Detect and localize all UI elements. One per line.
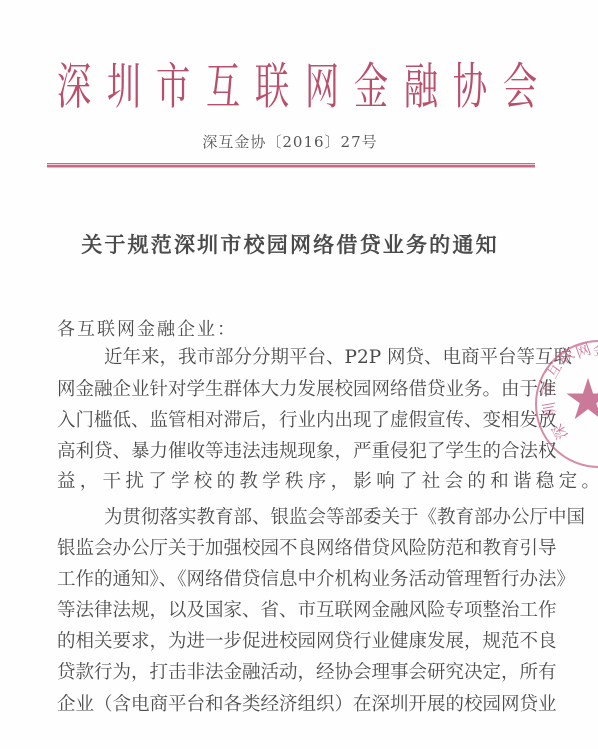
salutation: 各互联网金融企业： xyxy=(57,315,237,341)
paragraph-2-line: 工作的通知》、《网络借贷信息中介机构业务活动管理暂行办法》 xyxy=(57,567,523,593)
masthead-char: 市 xyxy=(156,54,190,121)
masthead-char: 协 xyxy=(453,54,487,121)
seal-char: 圳 xyxy=(542,401,559,418)
seal-char: 市 xyxy=(540,381,557,398)
paragraph-2-line: 的相关要求，为进一步促进校园网贷行业健康发展，规范不良 xyxy=(57,629,523,655)
masthead-title: 深 圳 市 互 联 网 金 融 协 会 xyxy=(52,56,542,120)
seal-char: 金 xyxy=(593,343,598,358)
paragraph-2-line: 贷款行为，打击非法金融活动，经协会理事会研究决定，所有 xyxy=(57,660,523,686)
paragraph-2-line: 银监会办公厅关于加强校园不良网络借贷风险防范和教育引导 xyxy=(57,536,523,562)
masthead-char: 会 xyxy=(503,54,537,121)
paragraph-2-line: 为贯彻落实教育部、银监会等部委关于《教育部办公厅中国 xyxy=(104,505,523,531)
paragraph-2-line: 等法律法规，以及国家、省、市互联网金融风险专项整治工作 xyxy=(57,598,523,624)
paragraph-1-line: 近年来，我市部分分期平台、P2P 网贷、电商平台等互联 xyxy=(104,345,523,371)
paragraph-1-line: 益，干扰了学校的教学秩序，影响了社会的和谐稳定。 xyxy=(57,469,523,495)
paragraph-1-line: 网金融企业针对学生群体大力发展校园网络借贷业务。由于准 xyxy=(57,377,523,403)
masthead-char: 深 xyxy=(57,54,91,121)
seal-char: 深 xyxy=(550,421,570,442)
paragraph-1-line: 入门槛低、监管相对滞后，行业内出现了虚假宣传、变相发放 xyxy=(57,408,523,434)
masthead-char: 网 xyxy=(305,54,339,121)
masthead-char: 互 xyxy=(205,54,239,121)
document-page: 深 圳 市 互 联 网 金 融 协 会 深互金协〔2016〕27号 关于规范深圳… xyxy=(0,0,598,749)
masthead-char: 联 xyxy=(255,54,289,121)
paragraph-2-line: 企业（含电商平台和各类经济组织）在深圳开展的校园网贷业 xyxy=(57,692,523,718)
document-number: 深互金协〔2016〕27号 xyxy=(0,131,580,152)
masthead-char: 融 xyxy=(404,54,438,121)
red-separator-line xyxy=(47,163,535,168)
paragraph-1-line: 高利贷、暴力催收等违法违规现象，严重侵犯了学生的合法权 xyxy=(57,439,523,465)
notice-title: 关于规范深圳市校园网络借贷业务的通知 xyxy=(0,229,580,259)
masthead-char: 金 xyxy=(354,54,388,121)
masthead-char: 圳 xyxy=(106,54,140,121)
star-icon xyxy=(565,376,598,422)
